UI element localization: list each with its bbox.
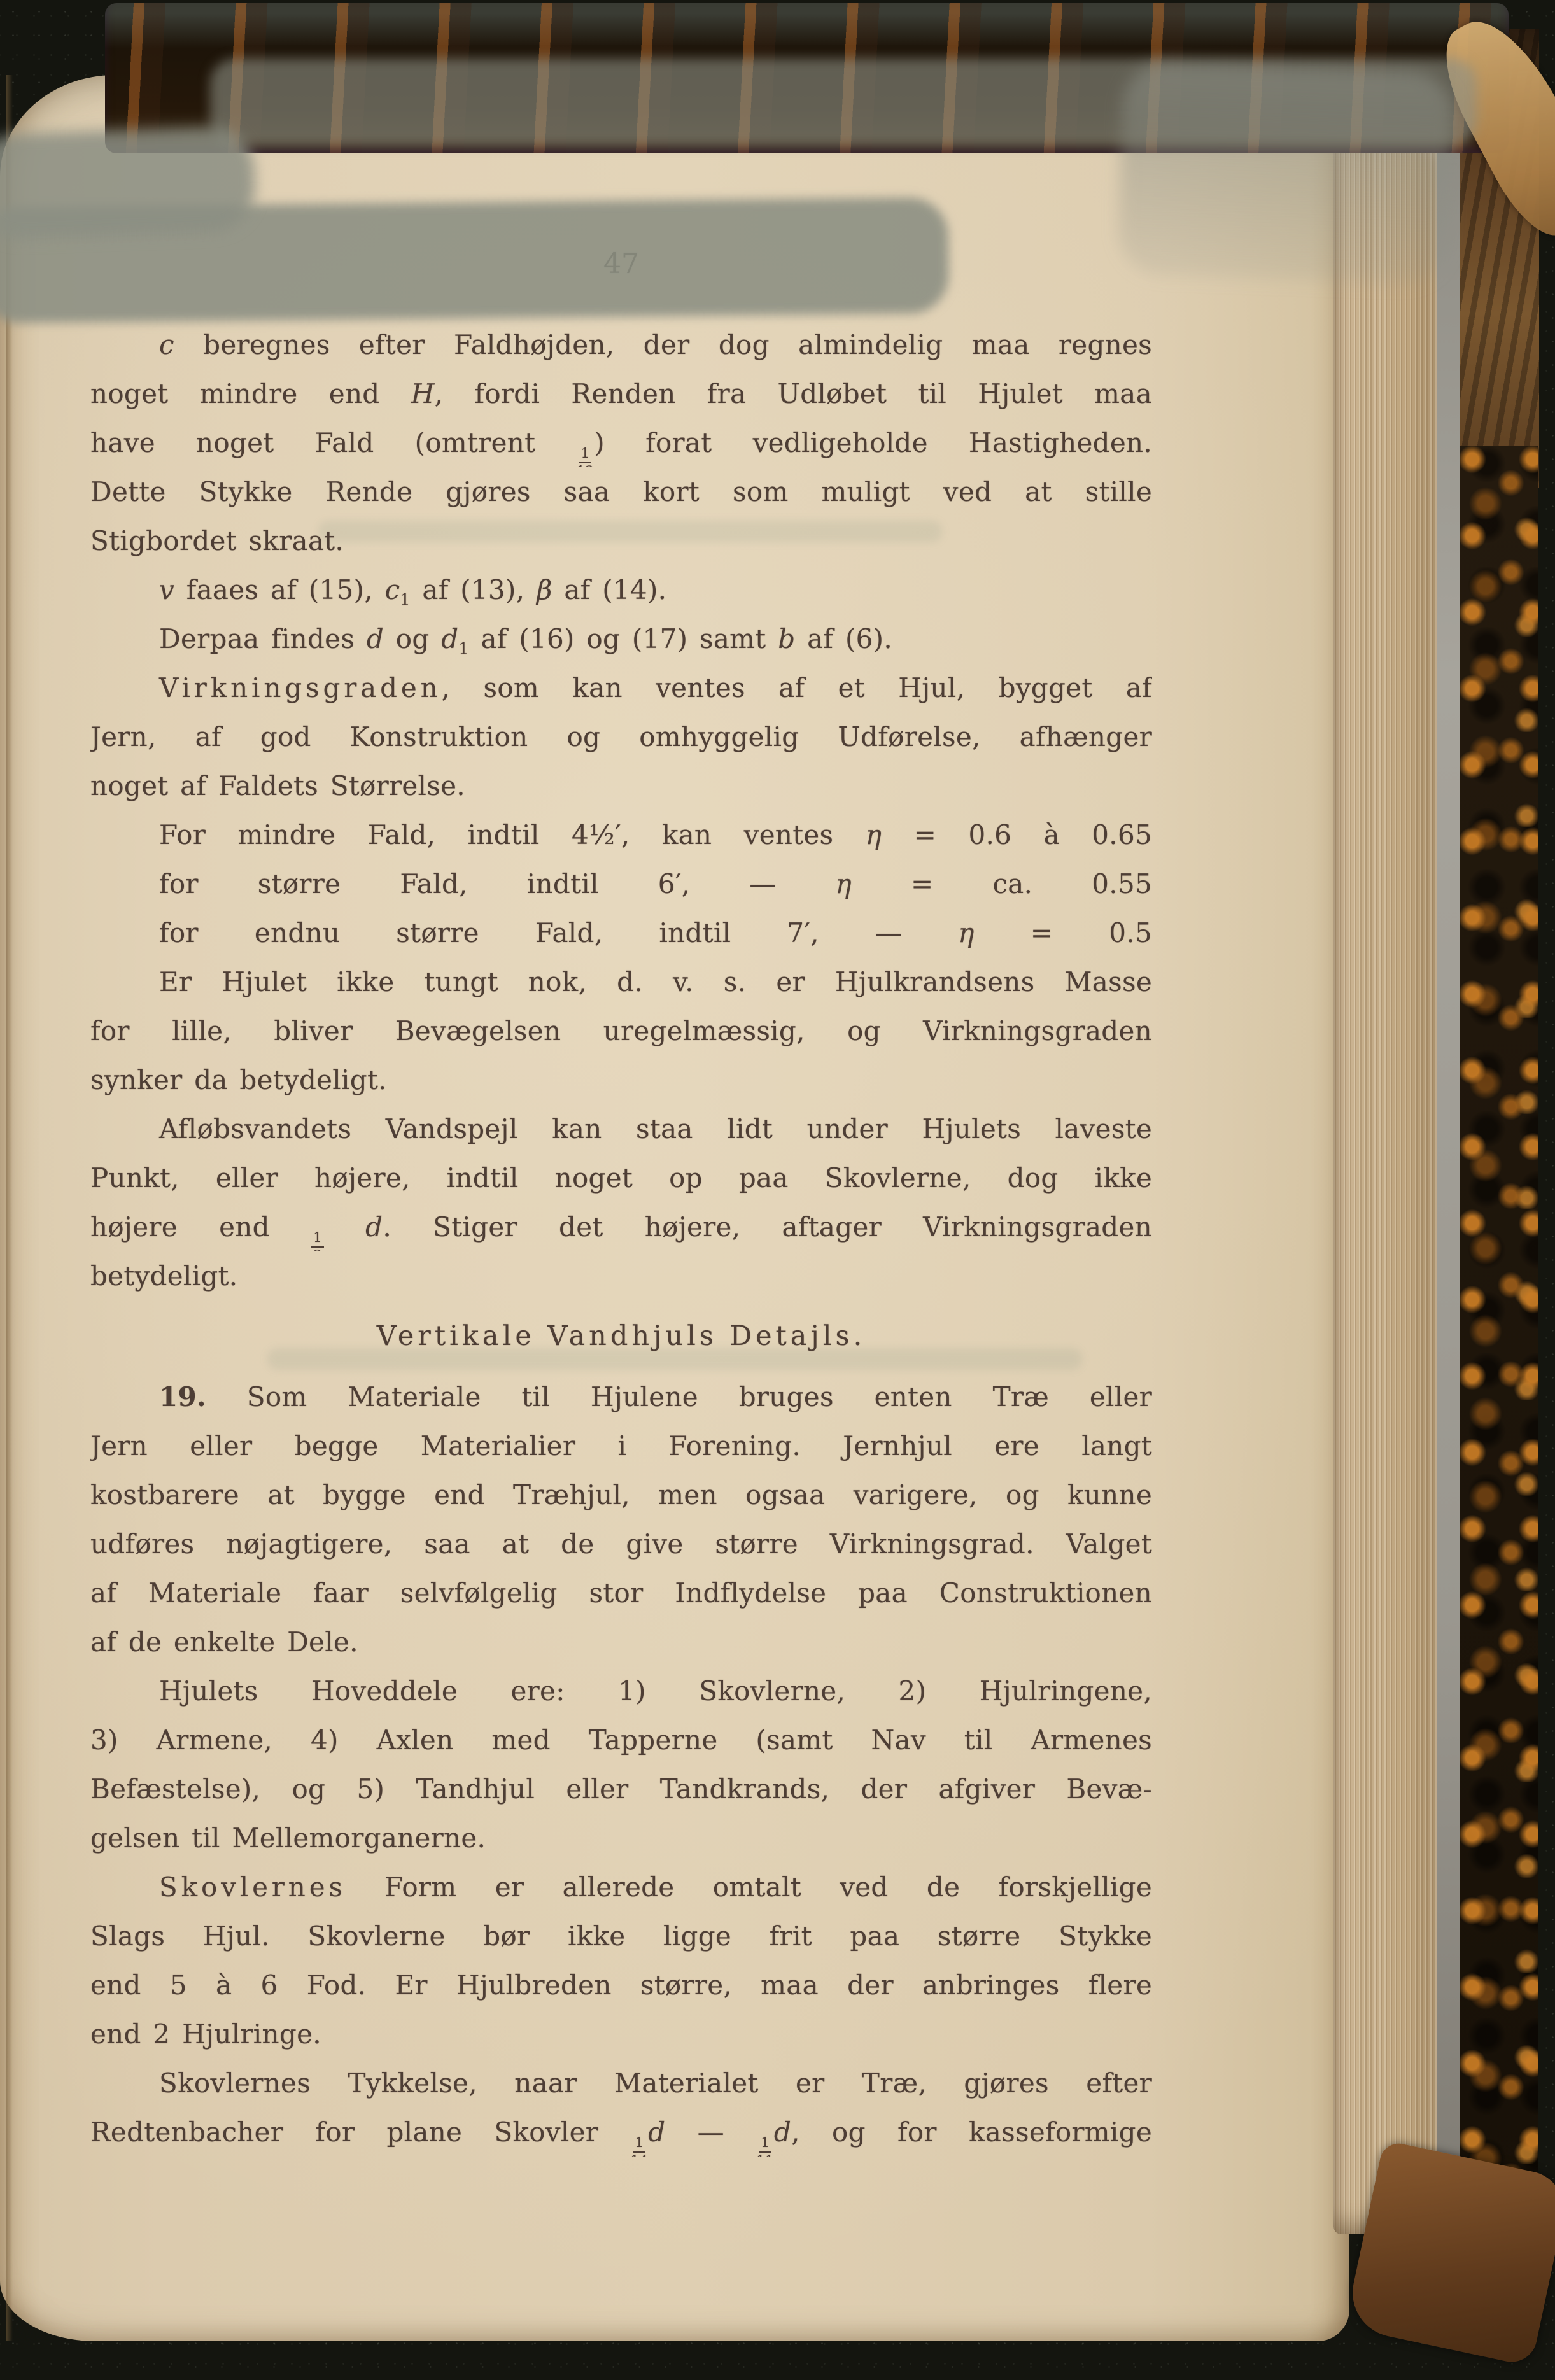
text-line: højere end 13 d. Stiger det højere, afta… bbox=[90, 1202, 1152, 1251]
text-flow: c beregnes efter Faldhøjden, der dog alm… bbox=[90, 320, 1152, 2157]
text-line: Er Hjulet ikke tungt nok, d. v. s. er Hj… bbox=[90, 957, 1152, 1006]
text-line: For mindre Fald, indtil 4½′, kan ventes … bbox=[90, 810, 1152, 859]
text-line: for lille, bliver Bevægelsen uregelmæssi… bbox=[90, 1006, 1152, 1055]
text-line: Afløbsvandets Vandspejl kan staa lidt un… bbox=[90, 1104, 1152, 1153]
text-line: c beregnes efter Faldhøjden, der dog alm… bbox=[90, 320, 1152, 369]
paragraph: 19. Som Materiale til Hjulene bruges ent… bbox=[90, 1372, 1152, 1666]
paragraph: Skovlernes Tykkelse, naar Materialet er … bbox=[90, 2059, 1152, 2157]
text-line: Befæstelse), og 5) Tandhjul eller Tandkr… bbox=[90, 1764, 1152, 1813]
text-line: for større Fald, indtil 6′, — η = ca. 0.… bbox=[90, 859, 1152, 908]
text-line: udføres nøjagtigere, saa at de give stør… bbox=[90, 1519, 1152, 1568]
text-line: for endnu større Fald, indtil 7′, — η = … bbox=[90, 908, 1152, 957]
paragraph: Skovlernes Form er allerede omtalt ved d… bbox=[90, 1862, 1152, 2059]
stacked-fraction: 114 bbox=[630, 2136, 648, 2157]
text-line: Jern eller begge Materialier i Forening.… bbox=[90, 1421, 1152, 1470]
paragraph: v faaes af (15), c1 af (13), β af (14). bbox=[90, 565, 1152, 614]
text-line: synker da betydeligt. bbox=[90, 1055, 1152, 1104]
section-heading: Vertikale Vandhjuls Detajls. bbox=[90, 1312, 1152, 1361]
text-line: betydeligt. bbox=[90, 1251, 1152, 1300]
paragraph: Virkningsgraden, som kan ventes af et Hj… bbox=[90, 663, 1152, 810]
book-cover-top-edge bbox=[105, 3, 1509, 153]
text-line: kostbarere at bygge end Træhjul, men ogs… bbox=[90, 1470, 1152, 1519]
text-line: af de enkelte Dele. bbox=[90, 1617, 1152, 1666]
paragraph: Er Hjulet ikke tungt nok, d. v. s. er Hj… bbox=[90, 957, 1152, 1104]
text-line: end 5 à 6 Fod. Er Hjulbreden større, maa… bbox=[90, 1961, 1152, 2010]
text-line: Hjulets Hoveddele ere: 1) Skovlerne, 2) … bbox=[90, 1666, 1152, 1715]
stacked-fraction: 111 bbox=[756, 2136, 774, 2157]
text-line: af Materiale faar selvfølgelig stor Indf… bbox=[90, 1568, 1152, 1617]
text-line: Redtenbacher for plane Skovler 114d — 11… bbox=[90, 2108, 1152, 2157]
paragraph: Afløbsvandets Vandspejl kan staa lidt un… bbox=[90, 1104, 1152, 1300]
paragraph: For mindre Fald, indtil 4½′, kan ventes … bbox=[90, 810, 1152, 957]
text-line: Derpaa findes d og d1 af (16) og (17) sa… bbox=[90, 614, 1152, 663]
stacked-fraction: 112 bbox=[576, 447, 594, 467]
text-line: end 2 Hjulringe. bbox=[90, 2010, 1152, 2059]
text-line: Virkningsgraden, som kan ventes af et Hj… bbox=[90, 663, 1152, 712]
text-line: noget af Faldets Størrelse. bbox=[90, 761, 1152, 810]
cover-board-edge bbox=[1437, 151, 1460, 2246]
text-line: Stigbordet skraat. bbox=[90, 516, 1152, 565]
text-line: noget mindre end H, fordi Renden fra Udl… bbox=[90, 369, 1152, 418]
text-line: have noget Fald (omtrent 112) forat vedl… bbox=[90, 418, 1152, 467]
text-line: Skovlernes Form er allerede omtalt ved d… bbox=[90, 1862, 1152, 1912]
text-line: Punkt, eller højere, indtil noget op paa… bbox=[90, 1153, 1152, 1202]
paragraph: Derpaa findes d og d1 af (16) og (17) sa… bbox=[90, 614, 1152, 663]
text-line: Jern, af god Konstruktion og omhyggelig … bbox=[90, 712, 1152, 761]
marbled-cover bbox=[1459, 446, 1538, 2266]
page-block-fore-edge bbox=[1333, 127, 1440, 2234]
book-page: 47 c beregnes efter Faldhøjden, der dog … bbox=[0, 75, 1349, 2341]
stacked-fraction: 13 bbox=[311, 1231, 324, 1251]
text-line: Skovlernes Tykkelse, naar Materialet er … bbox=[90, 2059, 1152, 2108]
paragraph: c beregnes efter Faldhøjden, der dog alm… bbox=[90, 320, 1152, 565]
text-line: 19. Som Materiale til Hjulene bruges ent… bbox=[90, 1372, 1152, 1421]
text-line: gelsen til Mellemorganerne. bbox=[90, 1813, 1152, 1862]
book-photo: 47 c beregnes efter Faldhøjden, der dog … bbox=[0, 0, 1555, 2380]
page-gutter-shadow bbox=[6, 75, 13, 2341]
text-line: 3) Armene, 4) Axlen med Tapperne (samt N… bbox=[90, 1715, 1152, 1764]
paragraph: Hjulets Hoveddele ere: 1) Skovlerne, 2) … bbox=[90, 1666, 1152, 1862]
text-line: Dette Stykke Rende gjøres saa kort som m… bbox=[90, 467, 1152, 516]
page-number: 47 bbox=[90, 245, 1152, 283]
text-line: Slags Hjul. Skovlerne bør ikke ligge fri… bbox=[90, 1912, 1152, 1961]
text-line: v faaes af (15), c1 af (13), β af (14). bbox=[90, 565, 1152, 614]
